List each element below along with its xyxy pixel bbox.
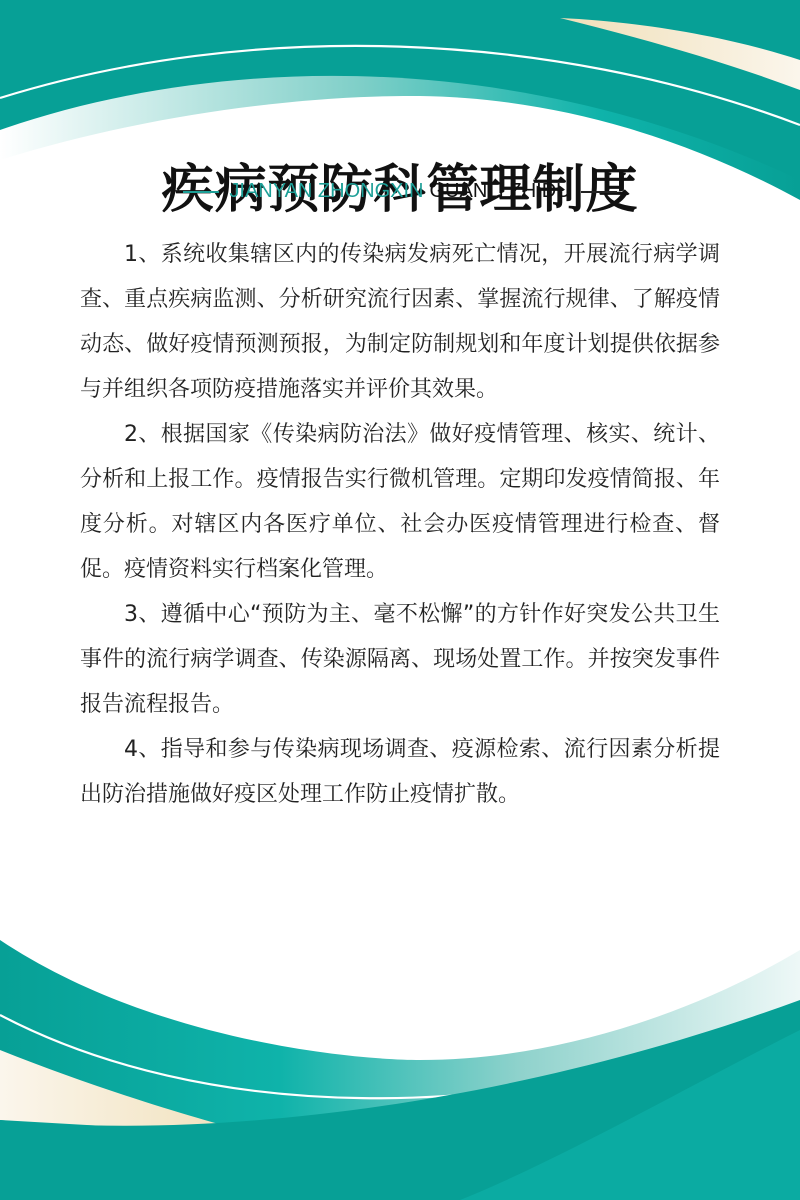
- regulation-item-2: 2、根据国家《传染病防治法》做好疫情管理、核实、统计、分析和上报工作。疫情报告实…: [80, 412, 720, 592]
- footer-wave-decoration: [0, 900, 800, 1200]
- regulation-item-4: 4、指导和参与传染病现场调查、疫源检索、流行因素分析提出防治措施做好疫区处理工作…: [80, 727, 720, 817]
- subtitle-divider-right: [581, 191, 617, 193]
- subtitle-dark-text: GUANLI ZHIDU: [429, 180, 570, 203]
- regulation-item-3: 3、遵循中心“预防为主、毫不松懈”的方针作好突发公共卫生事件的流行病学调查、传染…: [80, 592, 720, 727]
- subtitle-divider-left: [183, 191, 219, 193]
- regulation-item-1: 1、系统收集辖区内的传染病发病死亡情况，开展流行病学调查、重点疾病监测、分析研究…: [80, 232, 720, 412]
- regulation-content: 1、系统收集辖区内的传染病发病死亡情况，开展流行病学调查、重点疾病监测、分析研究…: [80, 232, 720, 817]
- subtitle-teal-text: JIANYAN ZHONGXIN: [229, 180, 423, 203]
- subtitle: JIANYAN ZHONGXIN GUANLI ZHIDU: [0, 180, 800, 203]
